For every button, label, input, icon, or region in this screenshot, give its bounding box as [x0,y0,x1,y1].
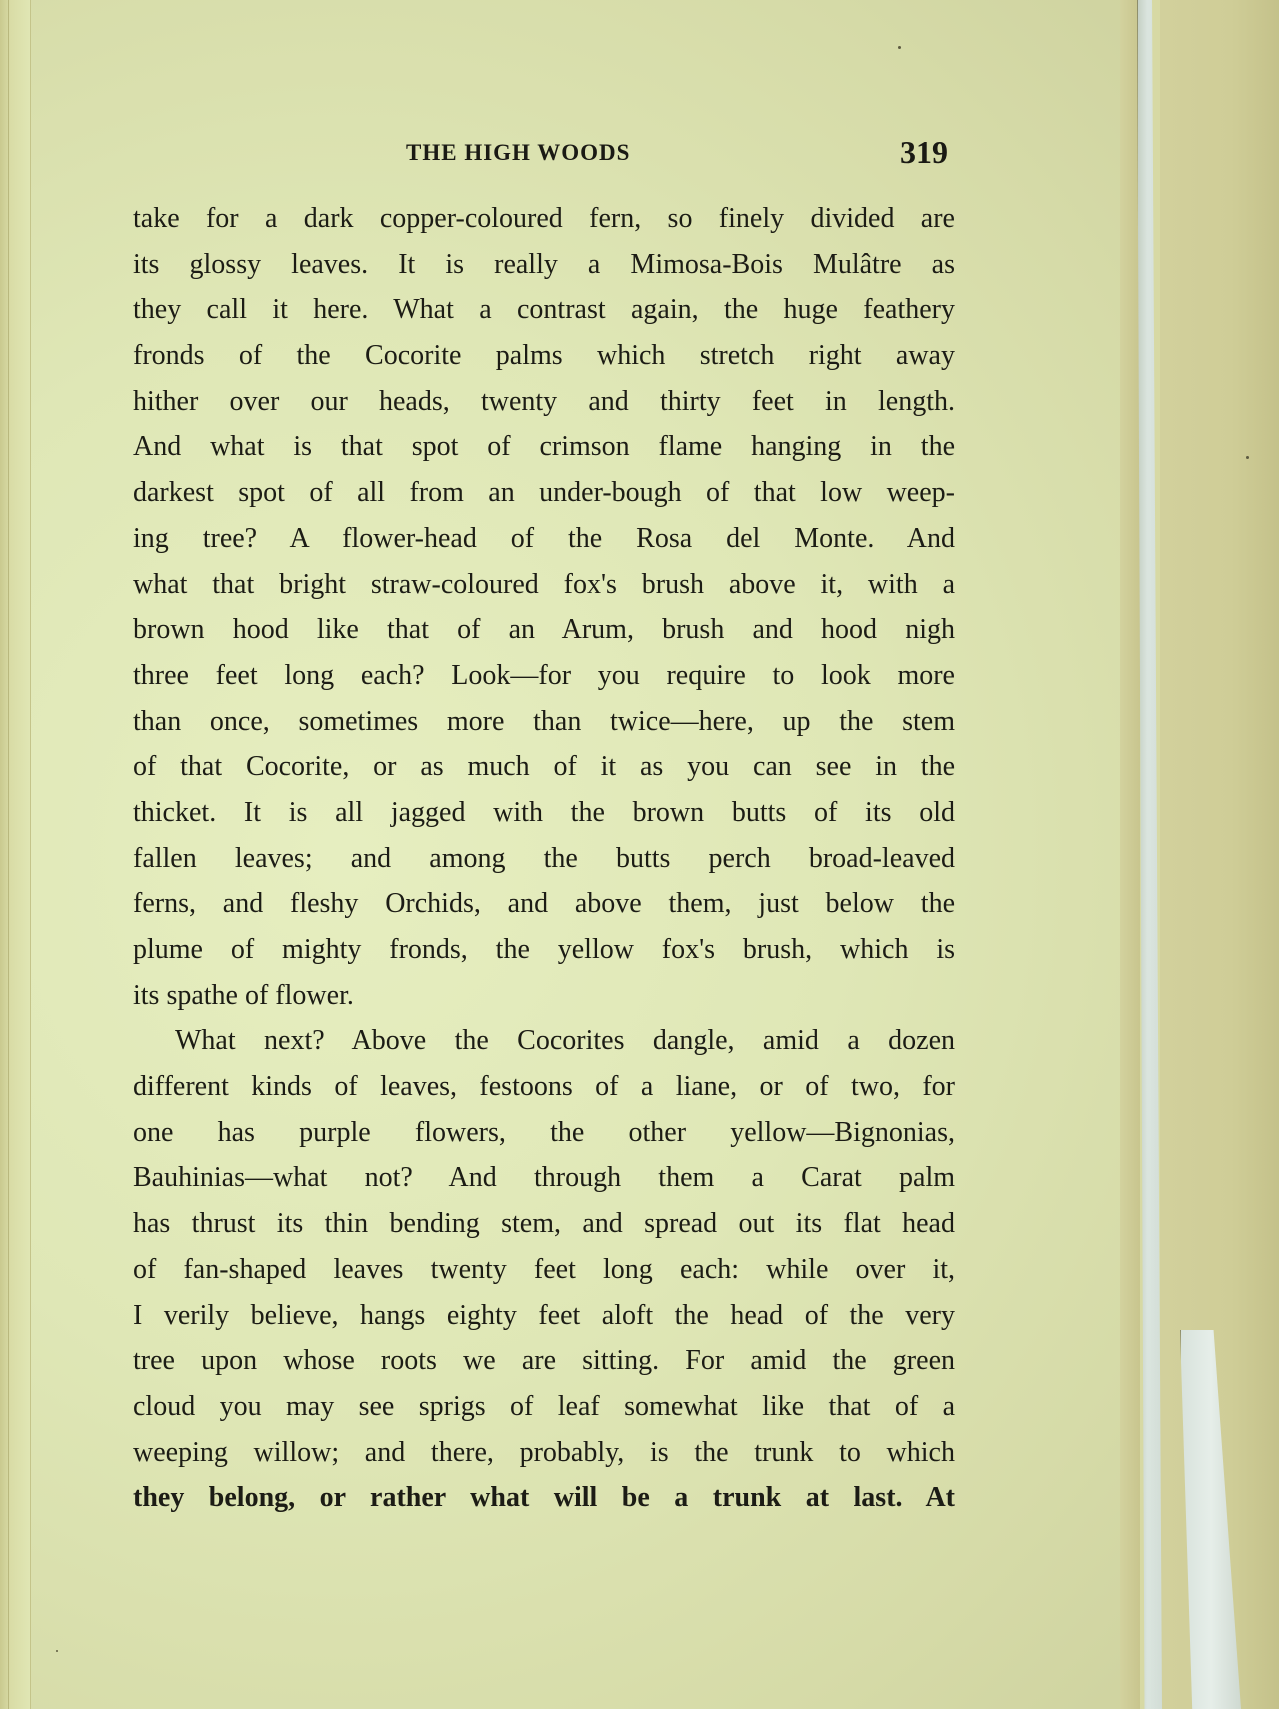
text-line: different kinds of leaves, festoons of a… [133,1064,955,1110]
page-edge-shadow [1120,0,1140,1709]
text-line: cloud you may see sprigs of leaf somewha… [133,1384,955,1430]
text-line: ferns, and fleshy Orchids, and above the… [133,881,955,927]
text-line: fallen leaves; and among the butts perch… [133,836,955,882]
paper-speck [898,46,901,49]
running-header: THE HIGH WOODS 319 [0,140,1279,170]
text-line: What next? Above the Cocorites dangle, a… [133,1018,955,1064]
paragraph-1: take for a dark copper-coloured fern, so… [133,196,955,1018]
text-line: one has purple flowers, the other yellow… [133,1110,955,1156]
text-line: of that Cocorite, or as much of it as yo… [133,744,955,790]
text-line: plume of mighty fronds, the yellow fox's… [133,927,955,973]
text-line: three feet long each? Look—for you requi… [133,653,955,699]
text-line: what that bright straw-coloured fox's br… [133,562,955,608]
text-line: its spathe of flower. [133,973,955,1019]
text-line: tree upon whose roots we are sitting. Fo… [133,1338,955,1384]
text-line: take for a dark copper-coloured fern, so… [133,196,955,242]
text-line: Bauhinias—what not? And through them a C… [133,1155,955,1201]
text-line: hither over our heads, twenty and thirty… [133,379,955,425]
text-line: has thrust its thin bending stem, and sp… [133,1201,955,1247]
paragraph-2: What next? Above the Cocorites dangle, a… [133,1018,955,1521]
text-line: I verily believe, hangs eighty feet alof… [133,1293,955,1339]
text-line: they call it here. What a contrast again… [133,287,955,333]
text-line: thicket. It is all jagged with the brown… [133,790,955,836]
text-line: brown hood like that of an Arum, brush a… [133,607,955,653]
text-line: weeping willow; and there, probably, is … [133,1430,955,1476]
page-binding-gutter [0,0,31,1709]
text-line: than once, sometimes more than twice—her… [133,699,955,745]
text-line: darkest spot of all from an under-bough … [133,470,955,516]
text-line: they belong, or rather what will be a tr… [133,1475,955,1521]
fore-edge-pages [1137,0,1162,1709]
paper-speck [56,1650,58,1652]
paper-speck [1246,456,1249,459]
body-text: take for a dark copper-coloured fern, so… [133,196,955,1521]
binding-fold-line [8,0,9,1709]
text-line: And what is that spot of crimson flame h… [133,424,955,470]
text-line: of fan-shaped leaves twenty feet long ea… [133,1247,955,1293]
text-line: fronds of the Cocorite palms which stret… [133,333,955,379]
text-line: ing tree? A flower-head of the Rosa del … [133,516,955,562]
text-line: its glossy leaves. It is really a Mimosa… [133,242,955,288]
page-number: 319 [900,134,948,171]
running-title: THE HIGH WOODS [406,140,630,166]
